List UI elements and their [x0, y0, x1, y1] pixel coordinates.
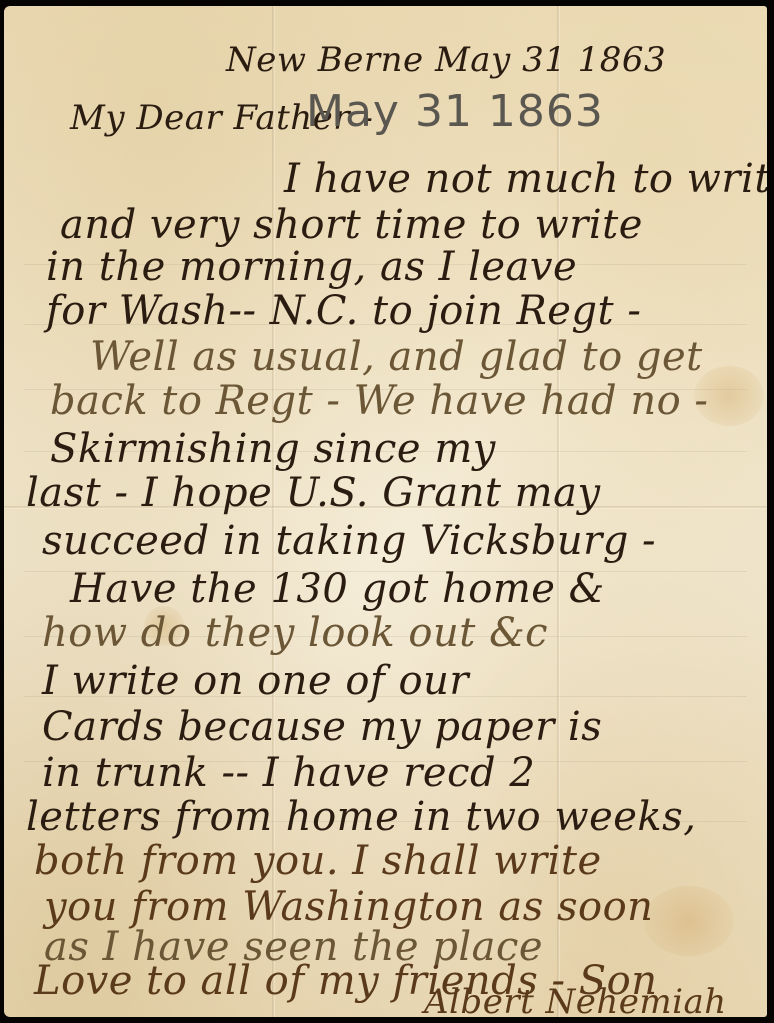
body-line: I have not much to write: [284, 156, 767, 202]
body-line: how do they look out &c: [42, 610, 548, 656]
scan-border: New Berne May 31 1863 My Dear Father - M…: [0, 0, 774, 1023]
body-line: Well as usual, and glad to get: [90, 334, 703, 380]
letter-paper: New Berne May 31 1863 My Dear Father - M…: [4, 6, 767, 1017]
place-date-line: New Berne May 31 1863: [226, 40, 666, 80]
body-line: in trunk -- I have recd 2: [42, 750, 535, 796]
body-line: in the morning, as I leave: [46, 244, 577, 290]
pencil-date-annotation: May 31 1863: [306, 86, 604, 137]
body-line: letters from home in two weeks,: [26, 794, 696, 840]
body-line: succeed in taking Vicksburg -: [42, 518, 656, 564]
body-line: back to Regt - We have had no -: [50, 378, 708, 424]
signature: Albert Nehemiah: [424, 982, 727, 1017]
body-line: Skirmishing since my: [50, 426, 496, 472]
body-line: Cards because my paper is: [42, 704, 602, 750]
body-line: for Wash-- N.C. to join Regt -: [46, 288, 641, 334]
paper-stain: [644, 886, 734, 956]
body-line: both from you. I shall write: [34, 838, 602, 884]
body-line: last - I hope U.S. Grant may: [26, 470, 601, 516]
body-line: I write on one of our: [42, 658, 469, 704]
body-line: Have the 130 got home &: [70, 566, 605, 612]
body-line: and very short time to write: [60, 202, 643, 248]
